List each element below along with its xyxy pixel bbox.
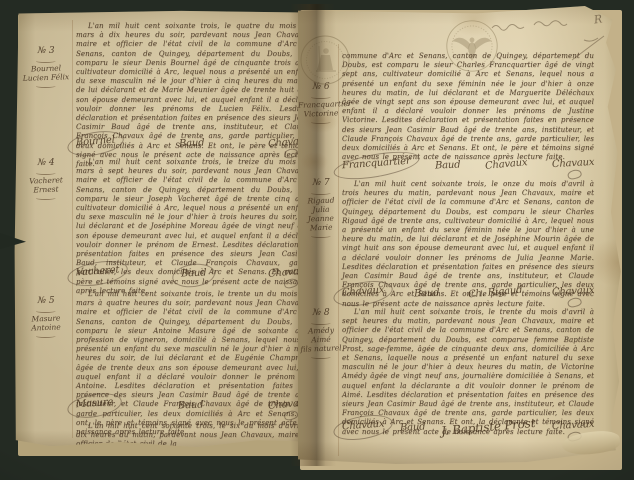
- act-number: № 3: [18, 46, 74, 57]
- flourish: [35, 334, 57, 338]
- margin-note-4: № 4 Vacheret Ernest: [18, 158, 74, 201]
- signature: Bournel: [76, 135, 115, 150]
- margin-note-3: № 3 Bournel Lucien Félix: [18, 46, 74, 89]
- act-name: Antoine: [18, 322, 74, 333]
- act-number: № 7: [298, 178, 344, 189]
- signature: Chavaux: [551, 419, 594, 433]
- flourish: [310, 234, 332, 238]
- photographed-register: № 3 Bournel Lucien Félix № 4 Vacheret Er…: [0, 0, 634, 480]
- signature: Ch. Rigaud: [468, 285, 523, 302]
- paraph-mark: R: [593, 13, 603, 25]
- signature: Francquartier: [342, 156, 411, 173]
- act-number: № 5: [18, 296, 74, 307]
- flourish: [35, 59, 57, 63]
- signature: Baud: [181, 268, 207, 281]
- act-number: № 4: [18, 158, 74, 169]
- flourish: [310, 191, 332, 195]
- act-name: Jeanne Marie: [298, 213, 344, 233]
- right-page: R № 6 Francquartier Victorine № 7 Rigaud…: [298, 6, 624, 464]
- act-name: Victorine: [298, 108, 344, 119]
- signature: Masure: [76, 397, 114, 412]
- signature: Chavaux: [484, 157, 527, 173]
- signature: Baud: [413, 288, 439, 301]
- flourish: [35, 196, 57, 200]
- act-name: fils naturel: [298, 343, 344, 354]
- signature: Baud: [400, 422, 426, 435]
- record-text: commune d'Arc et Senans, canton de Quing…: [342, 52, 594, 162]
- act-number: № 8: [298, 308, 344, 319]
- left-page: № 3 Bournel Lucien Félix № 4 Vacheret Er…: [14, 10, 318, 448]
- signature: Vacheret: [76, 265, 120, 280]
- margin-note-8: № 8 Amédy Aimé fils naturel: [298, 308, 344, 360]
- flourish: [310, 321, 332, 325]
- margin-note-7: № 7 Rigaud Julia Jeanne Marie: [298, 178, 344, 239]
- signature: Chavaux: [551, 157, 594, 171]
- act-name: Ernest: [18, 184, 74, 195]
- flourish: [310, 95, 332, 99]
- act-number: № 6: [298, 82, 344, 93]
- signature: Chavaux: [342, 419, 385, 434]
- flourish: [35, 84, 57, 88]
- margin-note-5: № 5 Masure Antoine: [18, 296, 74, 339]
- signature-row: Masure Baud Chavaux: [76, 398, 310, 418]
- signature: Chavaux: [551, 285, 594, 299]
- signature-row: Chavaux Baud J. Baptiste Prost Chavaux: [342, 420, 594, 440]
- signature: Chavaux: [342, 285, 385, 300]
- signature: Baud: [178, 400, 204, 413]
- signature-row: Bournel Baud Chavaux: [76, 136, 310, 156]
- signature: J. Baptiste Prost: [441, 417, 536, 437]
- signature-row: Francquartier Baud Chavaux Chavaux: [342, 158, 594, 178]
- signature-row: Vacheret Baud Chavaux: [76, 266, 310, 286]
- signature: Baud: [178, 138, 204, 151]
- flourish: [35, 171, 57, 175]
- signature: Baud: [435, 160, 461, 173]
- signature-row: Chavaux Baud Ch. Rigaud Chavaux: [342, 286, 594, 306]
- flourish: [310, 355, 332, 359]
- act-name: Lucien Félix: [18, 72, 74, 83]
- margin-note-6: № 6 Francquartier Victorine: [298, 82, 344, 125]
- flourish: [35, 309, 57, 313]
- flourish: [310, 120, 332, 124]
